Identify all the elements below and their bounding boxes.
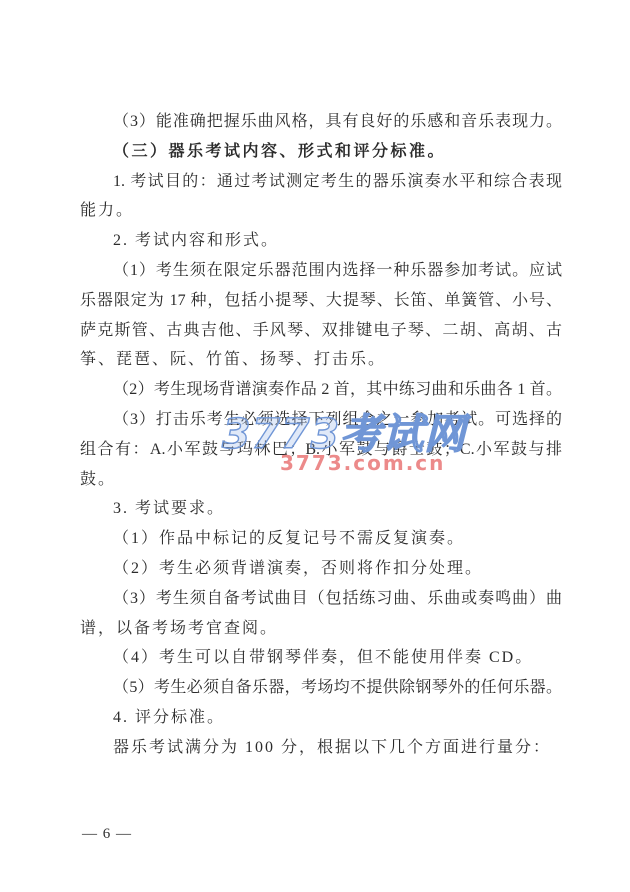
text-line-15: （1）作品中标记的反复记号不需反复演奏。 [80, 524, 562, 554]
text-line-1: （3）能准确把握乐曲风格，具有良好的乐感和音乐表现力。 [80, 107, 562, 137]
text-line-21: 4. 评分标准。 [80, 703, 562, 733]
text-line-16: （2）考生必须背谱演奏，否则将作扣分处理。 [80, 554, 562, 584]
text-line-14: 3. 考试要求。 [80, 494, 562, 524]
text-line-8: 萨克斯管、古典吉他、手风琴、双排键电子琴、二胡、高胡、古 [80, 316, 562, 346]
text-line-9: 筝、琵琶、阮、竹笛、扬琴、打击乐。 [80, 345, 562, 375]
text-line-6: （1）考生须在限定乐器范围内选择一种乐器参加考试。应试 [80, 256, 562, 286]
text-line-18: 谱，以备考场考官查阅。 [80, 614, 562, 644]
text-line-17: （3）考生须自备考试曲目（包括练习曲、乐曲或奏鸣曲）曲 [80, 584, 562, 614]
text-line-3: 1. 考试目的：通过考试测定考生的器乐演奏水平和综合表现 [80, 167, 562, 197]
text-line-20: （5）考生必须自备乐器，考场均不提供除钢琴外的任何乐器。 [80, 673, 562, 703]
text-line-22: 器乐考试满分为 100 分，根据以下几个方面进行量分： [80, 733, 562, 763]
text-line-13: 鼓。 [80, 465, 562, 495]
text-line-2: （三）器乐考试内容、形式和评分标准。 [80, 137, 562, 167]
text-line-5: 2. 考试内容和形式。 [80, 226, 562, 256]
document-page: （3）能准确把握乐曲风格，具有良好的乐感和音乐表现力。（三）器乐考试内容、形式和… [0, 0, 630, 892]
text-line-12: 组合有：A.小军鼓与玛林巴；B.小军鼓与爵士鼓；C.小军鼓与排 [80, 435, 562, 465]
text-line-4: 能力。 [80, 196, 562, 226]
text-line-7: 乐器限定为 17 种，包括小提琴、大提琴、长笛、单簧管、小号、 [80, 286, 562, 316]
text-line-11: （3）打击乐考生必须选择下列组合之一参加考试。可选择的 [80, 405, 562, 435]
text-line-10: （2）考生现场背谱演奏作品 2 首，其中练习曲和乐曲各 1 首。 [80, 375, 562, 405]
document-body: （3）能准确把握乐曲风格，具有良好的乐感和音乐表现力。（三）器乐考试内容、形式和… [80, 107, 562, 763]
text-line-19: （4）考生可以自带钢琴伴奏，但不能使用伴奏 CD。 [80, 643, 562, 673]
page-number: — 6 — [82, 826, 132, 843]
